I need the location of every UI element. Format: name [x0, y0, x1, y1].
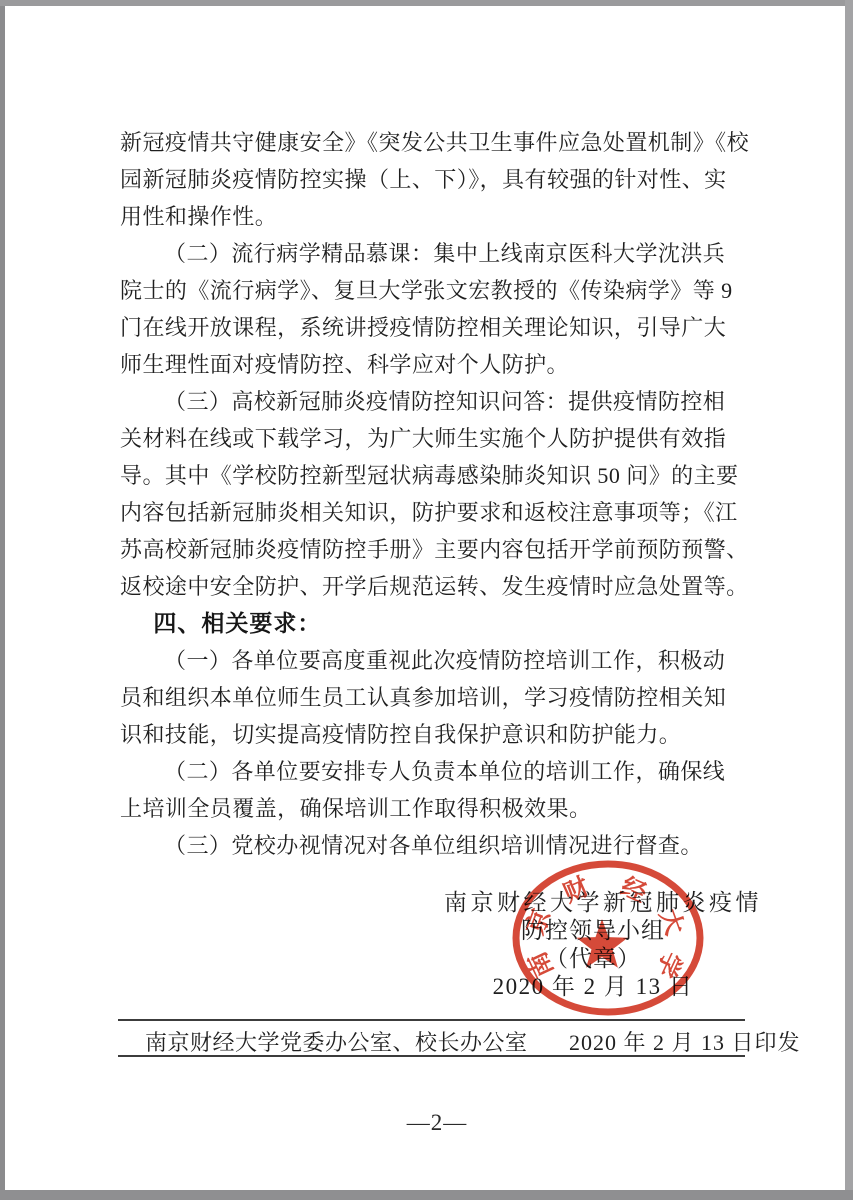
body-line: （一）各单位要高度重视此次疫情防控培训工作，积极动: [120, 642, 750, 679]
body-line: 门在线开放课程，系统讲授疫情防控相关理论知识，引导广大: [120, 309, 750, 346]
body-line: 返校途中安全防护、开学后规范运转、发生疫情时应急处置等。: [120, 568, 750, 605]
footer-rule-top: [118, 1019, 745, 1021]
body-line: 内容包括新冠肺炎相关知识，防护要求和返校注意事项等；《江: [120, 494, 750, 531]
section-heading: 四、相关要求：: [120, 605, 750, 642]
body-line: 苏高校新冠肺炎疫情防控手册》主要内容包括开学前预防预警、: [120, 531, 750, 568]
scan-edge-bottom: [0, 1190, 853, 1200]
body-line: （三）高校新冠肺炎疫情防控知识问答：提供疫情防控相: [120, 383, 750, 420]
page-number: —2—: [377, 1109, 497, 1137]
footer-issuer: 南京财经大学党委办公室、校长办公室: [145, 1030, 528, 1055]
body-line: 用性和操作性。: [120, 198, 750, 235]
body-line: 师生理性面对疫情防控、科学应对个人防护。: [120, 346, 750, 383]
footer-rule-bottom: [118, 1055, 745, 1057]
document-body-text: 新冠疫情共守健康安全》《突发公共卫生事件应急处置机制》《校 园新冠肺炎疫情防控实…: [120, 124, 750, 864]
seal-char: 大: [654, 905, 689, 938]
footer-imprint: 南京财经大学党委办公室、校长办公室 2020 年 2 月 13 日印发: [120, 1029, 747, 1057]
seal-char: 财: [559, 872, 593, 908]
body-line: 导。其中《学校防控新型冠状病毒感染肺炎知识 50 问》的主要: [120, 457, 750, 494]
scan-edge-left: [0, 0, 5, 1200]
official-seal: 南 京 财 经 大 学: [510, 859, 706, 1017]
footer-print-date: 2020 年 2 月 13 日印发: [569, 1030, 801, 1055]
body-line: 员和组织本单位师生员工认真参加培训，学习疫情防控相关知: [120, 679, 750, 716]
body-line: 上培训全员覆盖，确保培训工作取得积极效果。: [120, 790, 750, 827]
scanned-document-page: { "document": { "body_lines": [ { "text"…: [0, 0, 853, 1200]
body-line: 新冠疫情共守健康安全》《突发公共卫生事件应急处置机制》《校: [120, 124, 750, 161]
scan-edge-right: [845, 0, 853, 1200]
body-line: （二）各单位要安排专人负责本单位的培训工作，确保线: [120, 753, 750, 790]
body-line: 关材料在线或下载学习，为广大师生实施个人防护提供有效指: [120, 420, 750, 457]
body-line: 园新冠肺炎疫情防控实操（上、下）》，具有较强的针对性、实: [120, 161, 750, 198]
seal-star-icon: [576, 919, 627, 968]
official-seal-graphic: 南 京 财 经 大 学: [510, 859, 706, 1017]
scan-edge-top: [0, 0, 853, 6]
seal-char: 学: [651, 947, 687, 982]
body-line: 院士的《流行病学》、复旦大学张文宏教授的《传染病学》等 9: [120, 272, 750, 309]
body-line: 识和技能，切实提高疫情防控自我保护意识和防护能力。: [120, 716, 750, 753]
body-line: （二）流行病学精品慕课：集中上线南京医科大学沈洪兵: [120, 235, 750, 272]
seal-char: 经: [617, 872, 651, 908]
